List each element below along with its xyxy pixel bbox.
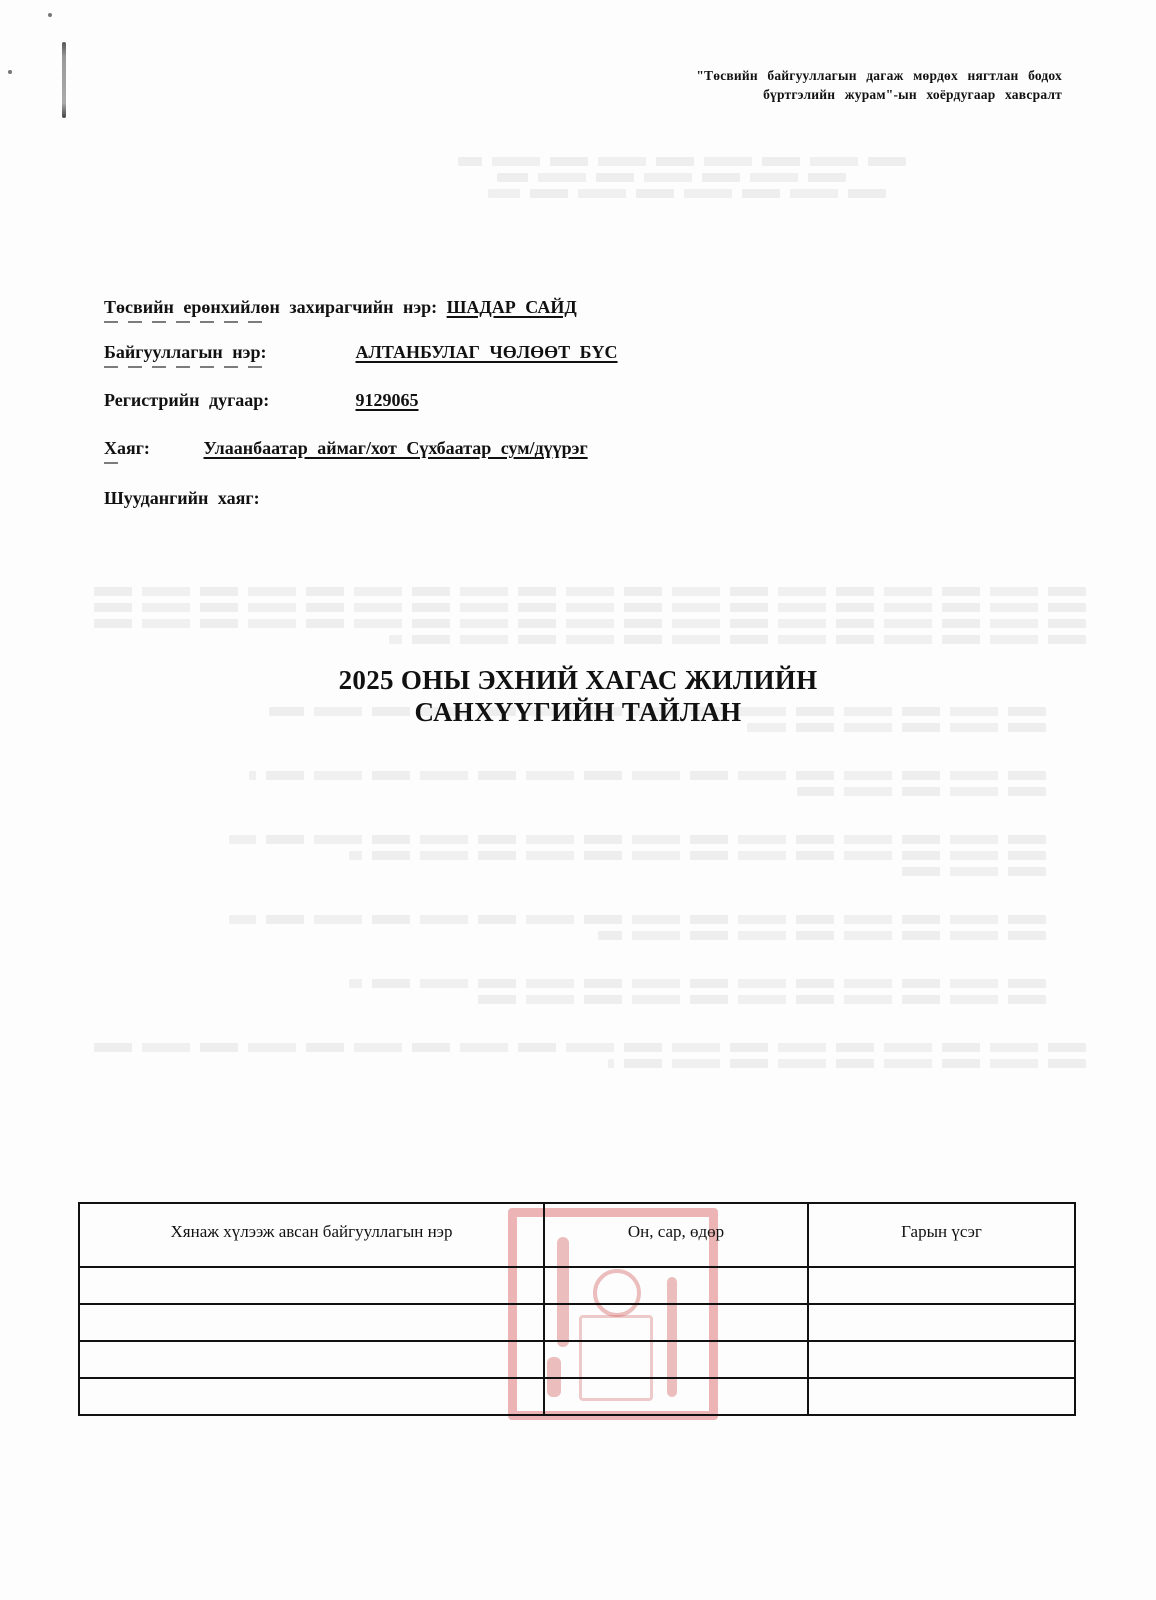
label-underline-marks: [104, 462, 118, 464]
cell-signature: [808, 1378, 1075, 1415]
cell-signature: [808, 1341, 1075, 1378]
header-date: Он, сар, өдөр: [544, 1203, 808, 1267]
show-through-header: [90, 150, 1086, 204]
speck: [48, 13, 52, 17]
table-row: [79, 1304, 1075, 1341]
legal-reference-line1: "Төсвийн байгууллагын дагаж мөрдөх нягтл…: [696, 66, 1062, 85]
registration-label: Регистрийн дугаар:: [104, 390, 346, 411]
registration-value: 9129065: [356, 390, 419, 411]
organization-row: Байгууллагын нэр: АЛТАНБУЛАГ ЧӨЛӨӨТ БҮС: [104, 342, 618, 363]
email-row: Шуудангийн хаяг:: [104, 488, 269, 509]
label-underline-marks: [104, 321, 264, 323]
email-label: Шуудангийн хаяг:: [104, 488, 260, 509]
legal-reference-line2: бүртгэлийн журам"-ын хоёрдугаар хавсралт: [696, 85, 1062, 104]
speck: [8, 70, 12, 74]
cell-date: [544, 1267, 808, 1304]
cell-organization: [79, 1378, 544, 1415]
report-title-line2: САНХҮҮГИЙН ТАЙЛАН: [0, 696, 1156, 728]
report-title: 2025 ОНЫ ЭХНИЙ ХАГАС ЖИЛИЙН САНХҮҮГИЙН Т…: [0, 664, 1156, 728]
budget-manager-value: ШАДАР САЙД: [447, 297, 577, 318]
header-signature: Гарын үсэг: [808, 1203, 1075, 1267]
organization-label: Байгууллагын нэр:: [104, 342, 346, 363]
budget-manager-label: Төсвийн ерөнхийлөн захирагчийн нэр:: [104, 297, 437, 318]
legal-reference: "Төсвийн байгууллагын дагаж мөрдөх нягтл…: [696, 66, 1062, 104]
show-through-body: [90, 580, 1086, 650]
binder-mark: [62, 42, 66, 118]
header-reviewing-organization: Хянаж хүлээж авсан байгууллагын нэр: [79, 1203, 544, 1267]
cell-date: [544, 1378, 808, 1415]
show-through-list: [90, 700, 1086, 1074]
cell-organization: [79, 1304, 544, 1341]
budget-manager-row: Төсвийн ерөнхийлөн захирагчийн нэр: ШАДА…: [104, 297, 577, 318]
table-row: [79, 1267, 1075, 1304]
cell-organization: [79, 1341, 544, 1378]
review-table-header: Хянаж хүлээж авсан байгууллагын нэр Он, …: [79, 1203, 1075, 1267]
address-value: Улаанбаатар аймаг/хот Сүхбаатар сум/дүүр…: [204, 438, 588, 459]
address-row: Хаяг: Улаанбаатар аймаг/хот Сүхбаатар су…: [104, 438, 588, 459]
label-underline-marks: [104, 366, 264, 368]
review-table: Хянаж хүлээж авсан байгууллагын нэр Он, …: [78, 1202, 1076, 1416]
table-row: [79, 1378, 1075, 1415]
cell-date: [544, 1341, 808, 1378]
document-page: "Төсвийн байгууллагын дагаж мөрдөх нягтл…: [0, 0, 1156, 1600]
cell-signature: [808, 1267, 1075, 1304]
cell-date: [544, 1304, 808, 1341]
cell-signature: [808, 1304, 1075, 1341]
table-row: [79, 1341, 1075, 1378]
address-label: Хаяг:: [104, 438, 194, 459]
organization-value: АЛТАНБУЛАГ ЧӨЛӨӨТ БҮС: [356, 342, 618, 363]
report-title-line1: 2025 ОНЫ ЭХНИЙ ХАГАС ЖИЛИЙН: [0, 664, 1156, 696]
registration-row: Регистрийн дугаар: 9129065: [104, 390, 419, 411]
cell-organization: [79, 1267, 544, 1304]
